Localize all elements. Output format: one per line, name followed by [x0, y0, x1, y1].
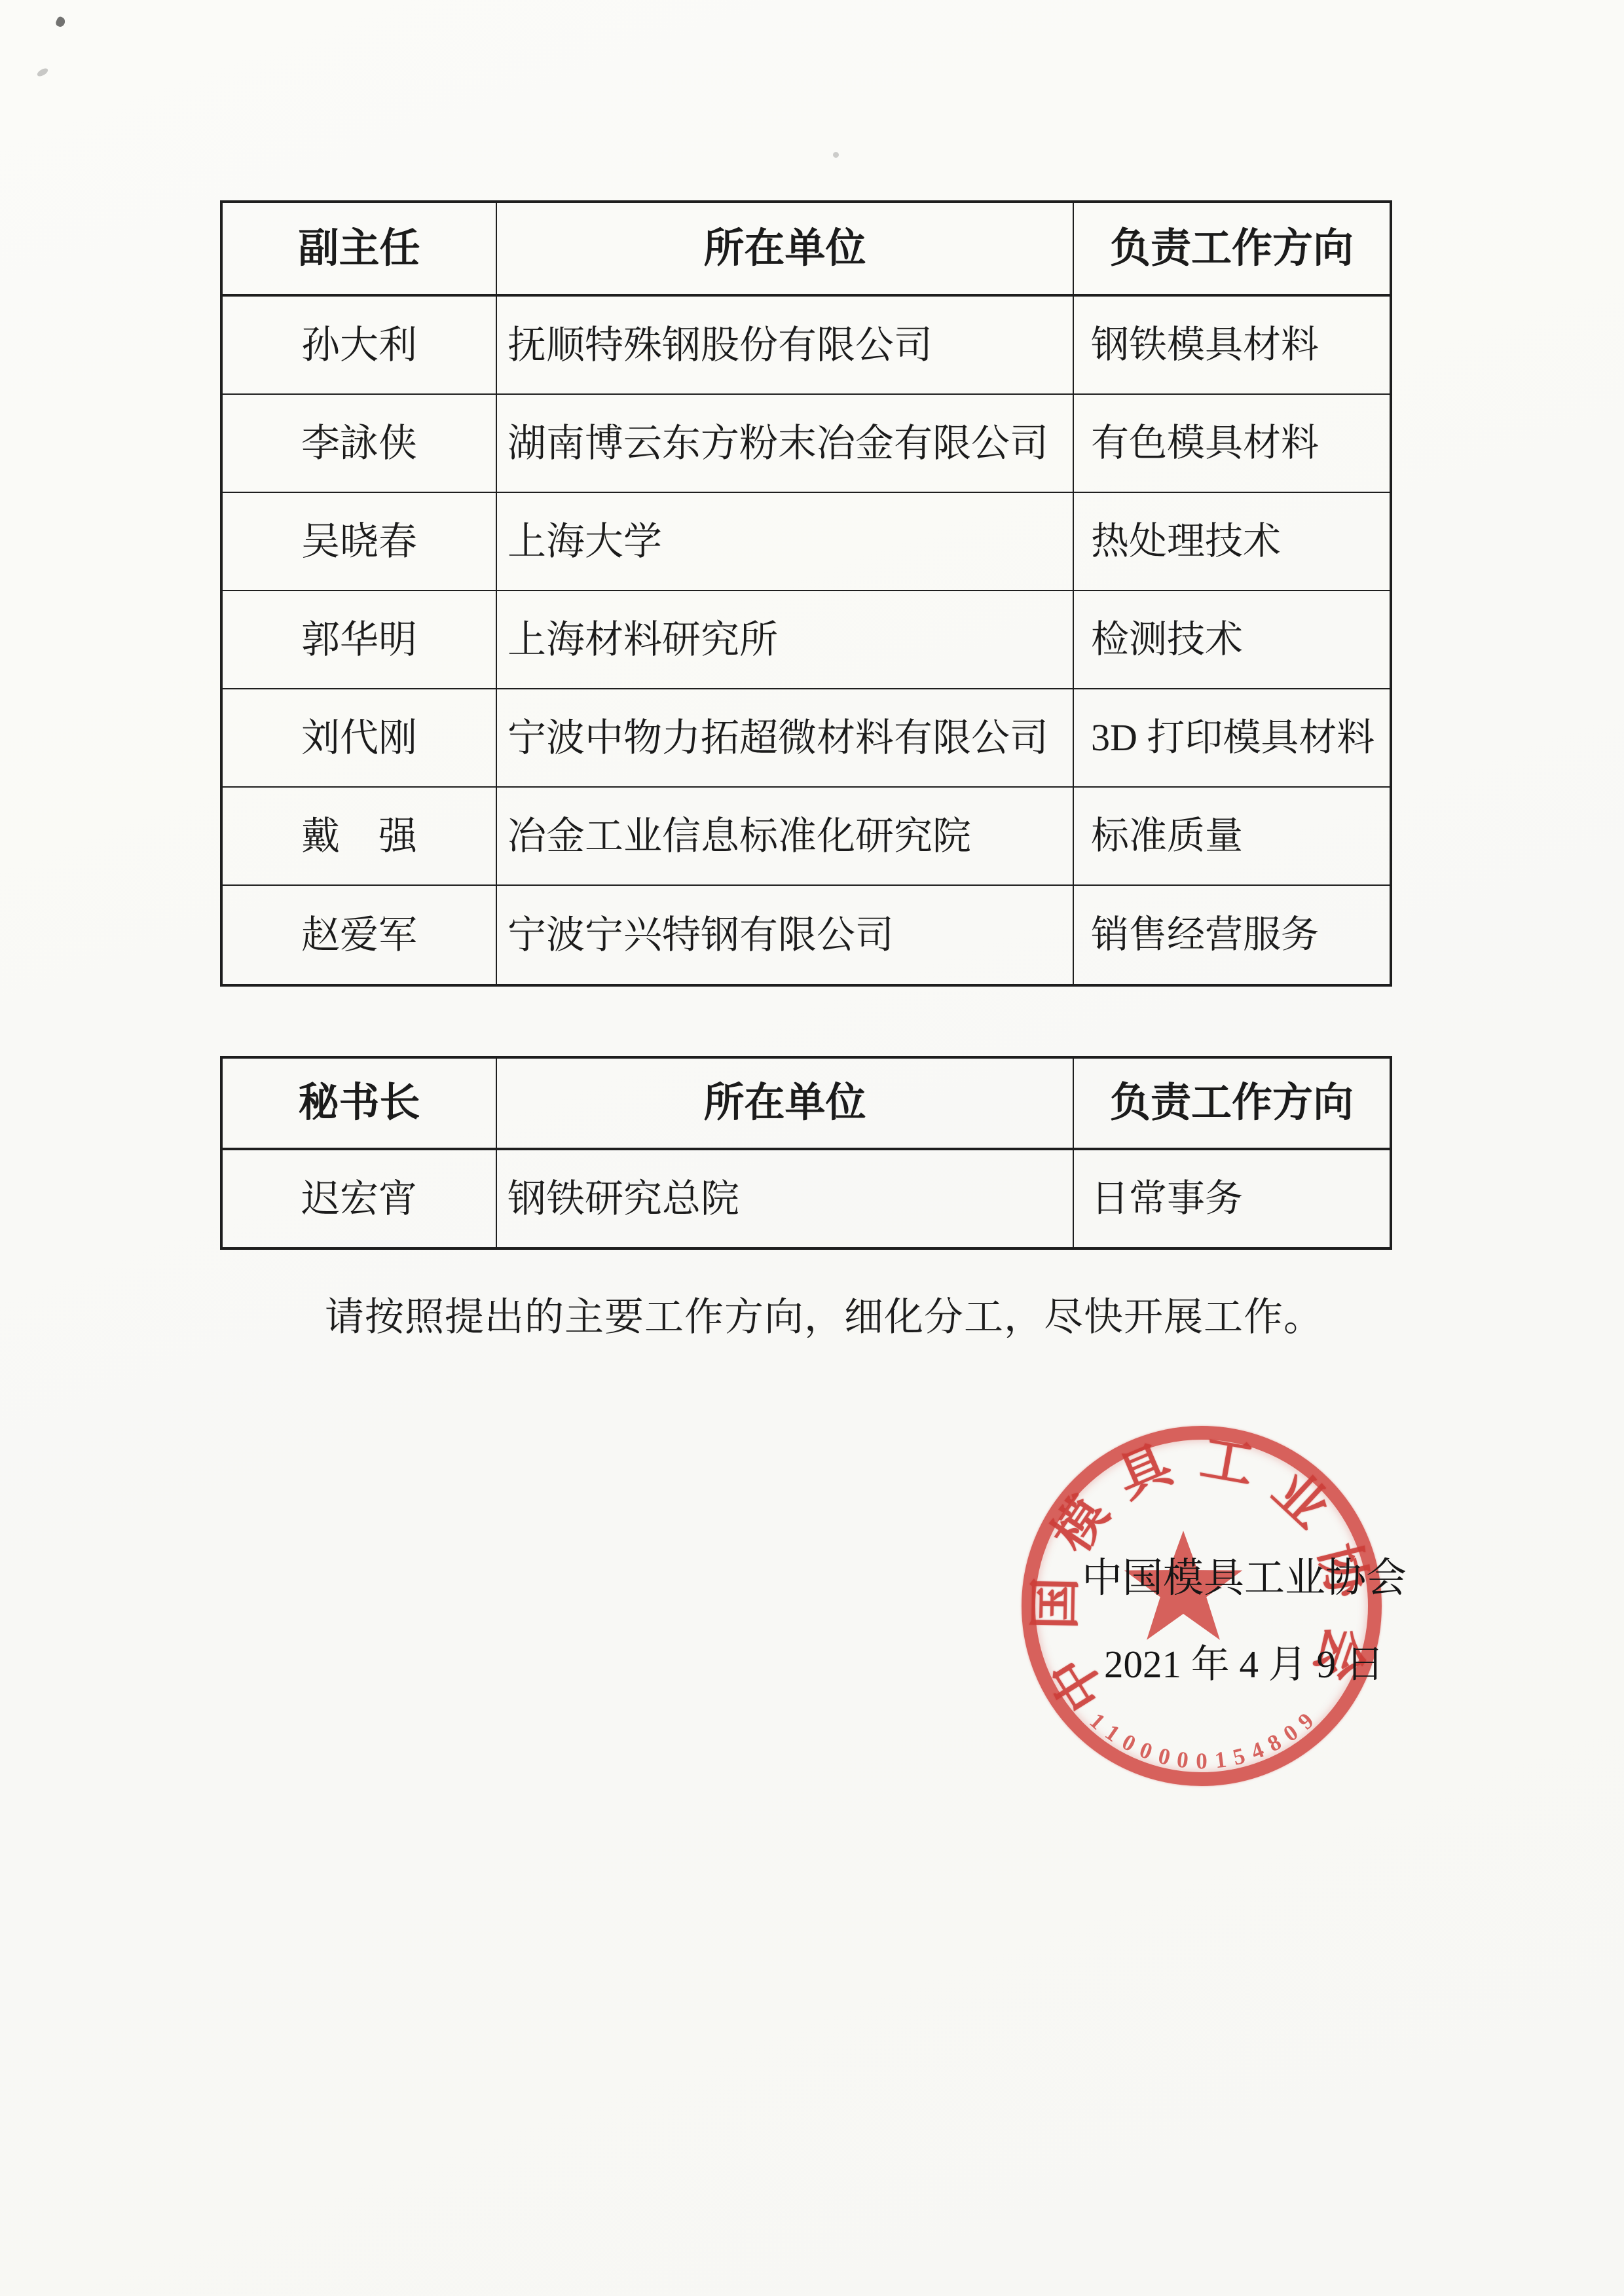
deputy-name-cell: 郭华明: [223, 591, 497, 689]
deputy-org-cell: 宁波中物力拓超微材料有限公司: [497, 689, 1074, 788]
secretary-name-cell: 迟宏宵: [223, 1150, 497, 1247]
deputy-direction-cell: 钢铁模具材料: [1074, 297, 1390, 395]
deputy-name-cell: 吴晓春: [223, 493, 497, 591]
deputy-org-cell: 上海材料研究所: [497, 591, 1074, 689]
deputy-direction-cell: 热处理技术: [1074, 493, 1390, 591]
scan-speck: [54, 16, 66, 28]
deputy-direction-cell: 标准质量: [1074, 788, 1390, 886]
deputy-org-cell: 湖南博云东方粉末冶金有限公司: [497, 395, 1074, 493]
header-secretary-general: 秘书长: [223, 1059, 497, 1150]
deputy-name-cell: 李詠侠: [223, 395, 497, 493]
document-page: 副主任 所在单位 负责工作方向 孙大利 抚顺特殊钢股份有限公司 钢铁模具材料 李…: [0, 0, 1624, 2296]
header-organization: 所在单位: [497, 203, 1074, 297]
deputy-org-cell: 冶金工业信息标准化研究院: [497, 788, 1074, 886]
seal-serial-digit: 0: [1196, 1750, 1208, 1773]
signature-date: 2021 年 4 月 9 日: [1104, 1633, 1384, 1688]
official-seal: 中 国 模 具 工 业 协 会 1 1 0 0 0 0 0 1 5 4 8 0 …: [1022, 1426, 1382, 1786]
signature-org: 中国模具工业协会: [1082, 1545, 1407, 1603]
header-work-direction: 负责工作方向: [1074, 203, 1390, 297]
deputy-direction-cell: 有色模具材料: [1074, 395, 1390, 493]
deputy-org-cell: 宁波宁兴特钢有限公司: [497, 886, 1074, 984]
deputy-name-cell: 戴 强: [223, 788, 497, 886]
deputy-direction-cell: 销售经营服务: [1074, 886, 1390, 984]
scan-speck: [36, 67, 49, 78]
scan-speck: [833, 152, 839, 158]
deputy-direction-cell: 检测技术: [1074, 591, 1390, 689]
deputy-org-cell: 上海大学: [497, 493, 1074, 591]
header-deputy-director: 副主任: [223, 203, 497, 297]
deputy-org-cell: 抚顺特殊钢股份有限公司: [497, 297, 1074, 395]
deputy-name-cell: 孙大利: [223, 297, 497, 395]
secretary-org-cell: 钢铁研究总院: [497, 1150, 1074, 1247]
deputy-name-cell: 刘代刚: [223, 689, 497, 788]
deputy-name-cell: 赵爱军: [223, 886, 497, 984]
seal-arc-char: 国: [1029, 1576, 1082, 1630]
header-organization: 所在单位: [497, 1059, 1074, 1150]
header-work-direction: 负责工作方向: [1074, 1059, 1390, 1150]
seal-arc-char: 工: [1197, 1432, 1258, 1493]
instruction-note: 请按照提出的主要工作方向，细化分工，尽快开展工作。: [325, 1286, 1323, 1342]
secretary-general-table: 秘书长 所在单位 负责工作方向 迟宏宵 钢铁研究总院 日常事务: [220, 1056, 1392, 1250]
deputy-directors-table: 副主任 所在单位 负责工作方向 孙大利 抚顺特殊钢股份有限公司 钢铁模具材料 李…: [220, 200, 1392, 987]
deputy-direction-cell: 3D 打印模具材料: [1074, 689, 1390, 788]
secretary-direction-cell: 日常事务: [1074, 1150, 1390, 1247]
